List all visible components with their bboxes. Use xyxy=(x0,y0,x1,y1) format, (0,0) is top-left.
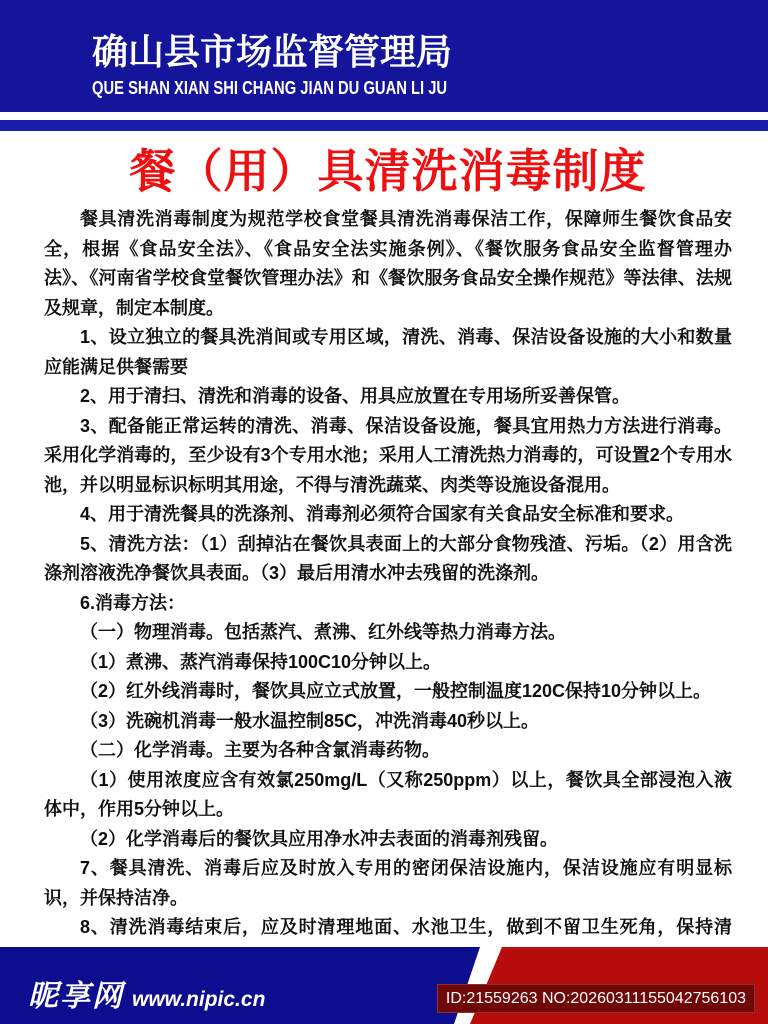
paragraph: （2）化学消毒后的餐饮具应用净水冲去表面的消毒剂残留。 xyxy=(44,825,732,855)
poster-page: 确山县市场监督管理局 QUE SHAN XIAN SHI CHANG JIAN … xyxy=(0,0,768,1024)
paragraph: 2、用于清扫、清洗和消毒的设备、用具应放置在专用场所妥善保管。 xyxy=(44,382,732,412)
paragraph: （1）煮沸、蒸汽消毒保持100C10分钟以上。 xyxy=(44,648,732,678)
paragraph: 5、清洗方法：（1）刮掉沾在餐饮具表面上的大部分食物残渣、污垢。（2）用含洗涤剂… xyxy=(44,530,732,589)
paragraph: 7、餐具清洗、消毒后应及时放入专用的密闭保洁设施内，保洁设施应有明显标识，并保持… xyxy=(44,854,732,913)
image-id-badge: ID:21559263 NO:20260311155042756103 xyxy=(437,984,755,1013)
paragraph: 4、用于清洗餐具的洗涤剂、消毒剂必须符合国家有关食品安全标准和要求。 xyxy=(44,500,732,530)
site-logo: 昵享网www.nipic.cn xyxy=(28,971,265,1015)
paragraph: （2）红外线消毒时，餐饮具应立式放置，一般控制温度120C保持10分钟以上。 xyxy=(44,677,732,707)
paragraph: 1、设立独立的餐具洗消间或专用区域，清洗、消毒、保洁设备设施的大小和数量应能满足… xyxy=(44,323,732,382)
doc-title: 餐（用）具清洗消毒制度 xyxy=(44,145,732,197)
document-main: 餐（用）具清洗消毒制度 餐具清洗消毒制度为规范学校食堂餐具清洗消毒保洁工作，保障… xyxy=(0,131,768,972)
org-pinyin: QUE SHAN XIAN SHI CHANG JIAN DU GUAN LI … xyxy=(92,79,447,97)
divider-stripe xyxy=(0,120,768,131)
paragraph: 3、配备能正常运转的清洗、消毒、保洁设备设施，餐具宜用热力方法进行消毒。采用化学… xyxy=(44,412,732,501)
site-url: www.nipic.cn xyxy=(132,988,265,1011)
header-banner: 确山县市场监督管理局 QUE SHAN XIAN SHI CHANG JIAN … xyxy=(0,0,768,112)
footer-bar: 昵享网www.nipic.cn ID:21559263 NO:202603111… xyxy=(0,947,768,1024)
document-body: 餐具清洗消毒制度为规范学校食堂餐具清洗消毒保洁工作，保障师生餐饮食品安全，根据《… xyxy=(44,205,732,972)
header-gap xyxy=(0,112,768,120)
paragraph: 餐具清洗消毒制度为规范学校食堂餐具清洗消毒保洁工作，保障师生餐饮食品安全，根据《… xyxy=(44,205,732,323)
paragraph: （1）使用浓度应含有效氯250mg/L（又称250ppm）以上，餐饮具全部浸泡入… xyxy=(44,766,732,825)
paragraph: （一）物理消毒。包括蒸汽、煮沸、红外线等热力消毒方法。 xyxy=(44,618,732,648)
org-name: 确山县市场监督管理局 xyxy=(92,34,452,70)
paragraph: （3）洗碗机消毒一般水温控制85C，冲洗消毒40秒以上。 xyxy=(44,707,732,737)
paragraph: 6.消毒方法： xyxy=(44,589,732,619)
paragraph: （二）化学消毒。主要为各种含氯消毒药物。 xyxy=(44,736,732,766)
site-name: 昵享网 xyxy=(28,980,124,1013)
